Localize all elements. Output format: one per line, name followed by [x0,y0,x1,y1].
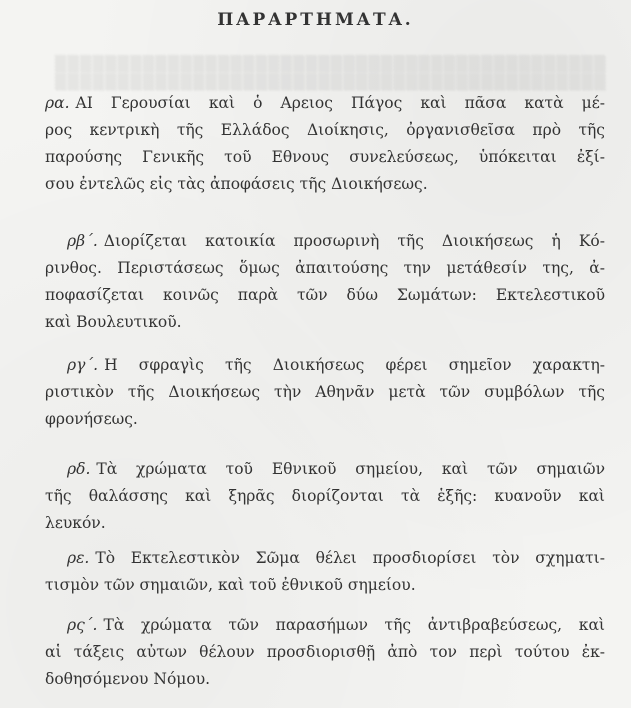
scanned-page: ▒▒▒▒▒▒▒▒▒▒▒▒▒▒▒▒▒▒▒▒▒▒▒▒▒▒▒▒▒▒▒▒▒▒▒▒▒▒▒▒… [0,0,631,708]
article-line: αἱ τάξεις αὐτων θέλουν προσδιορισθῇ ἀπὸ … [45,639,605,666]
article-104: ρδ.Τὰ χρώματα τοῦ Εθνικοῦ σημείου, καὶ τ… [45,456,605,543]
article-line: τισμὸν τῶν σημαιῶν, καὶ τοῦ ἐθνικοῦ σημε… [45,572,605,599]
article-102: ρβ΄.Διορίζεται κατοικία προσωρινὴ τῆς Δι… [45,228,605,342]
article-line: ρβ΄.Διορίζεται κατοικία προσωρινὴ τῆς Δι… [45,228,605,255]
article-line: καὶ Βουλευτικοῦ. [45,309,605,336]
article-101: ρα.ΑΙ Γερουσίαι καὶ ὁ Αρειος Πάγος καὶ π… [45,90,605,204]
article-number: ρε. [67,549,89,567]
article-number: ρβ΄. [67,232,98,250]
bleed-through-text: ▒▒▒▒▒▒▒▒▒▒▒▒▒▒▒▒▒▒▒▒▒▒▒▒▒▒▒▒▒▒▒▒▒▒▒▒▒▒▒▒… [55,55,611,91]
article-number: ρα. [45,94,70,112]
article-line: δοθησόμενου Νόμου. [45,666,605,693]
article-line: ρος κεντρικὴ τῆς Ελλάδος Διοίκησις, ὀργα… [45,117,605,144]
article-line: ποφασίζεται κοινῶς παρὰ τῶν δύω Σωμάτων:… [45,282,605,309]
article-line: ργ΄.Η σφραγὶς τῆς Διοικήσεως φέρει σημεῖ… [45,352,605,379]
article-number: ρδ. [67,460,90,478]
article-105: ρε.Τὸ Εκτελεστικὸν Σῶμα θέλει προσδιορίσ… [45,545,605,605]
article-103: ργ΄.Η σφραγὶς τῆς Διοικήσεως φέρει σημεῖ… [45,352,605,439]
page-heading: ΠΑΡΑΡΤΗΜΑΤΑ. [0,10,631,30]
article-line: ρδ.Τὰ χρώματα τοῦ Εθνικοῦ σημείου, καὶ τ… [45,456,605,483]
article-line: ρς΄.Τὰ χρώματα τῶν παρασήμων τῆς ἀντιβρα… [45,612,605,639]
article-106: ρς΄.Τὰ χρώματα τῶν παρασήμων τῆς ἀντιβρα… [45,612,605,699]
article-line: ρινθος. Περιστάσεως ὅμως ἀπαιτούσης την … [45,255,605,282]
article-line: παρούσης Γενικῆς τοῦ Εθνους συνελεύσεως,… [45,144,605,171]
article-number: ρς΄. [67,616,97,634]
article-line: σου ἐντελῶς εἰς τὰς ἀποφάσεις τῆς Διοική… [45,171,605,198]
article-line: ριστικὸν τῆς Διοικήσεως τὴν Αθηνᾶν μετὰ … [45,379,605,406]
article-number: ργ΄. [67,356,98,374]
article-line: λευκόν. [45,510,605,537]
article-line: τῆς θαλάσσης καὶ ξηρᾶς διορίζονται τὰ ἑξ… [45,483,605,510]
article-line: ρα.ΑΙ Γερουσίαι καὶ ὁ Αρειος Πάγος καὶ π… [45,90,605,117]
article-line: ρε.Τὸ Εκτελεστικὸν Σῶμα θέλει προσδιορίσ… [45,545,605,572]
article-line: φρονήσεως. [45,406,605,433]
